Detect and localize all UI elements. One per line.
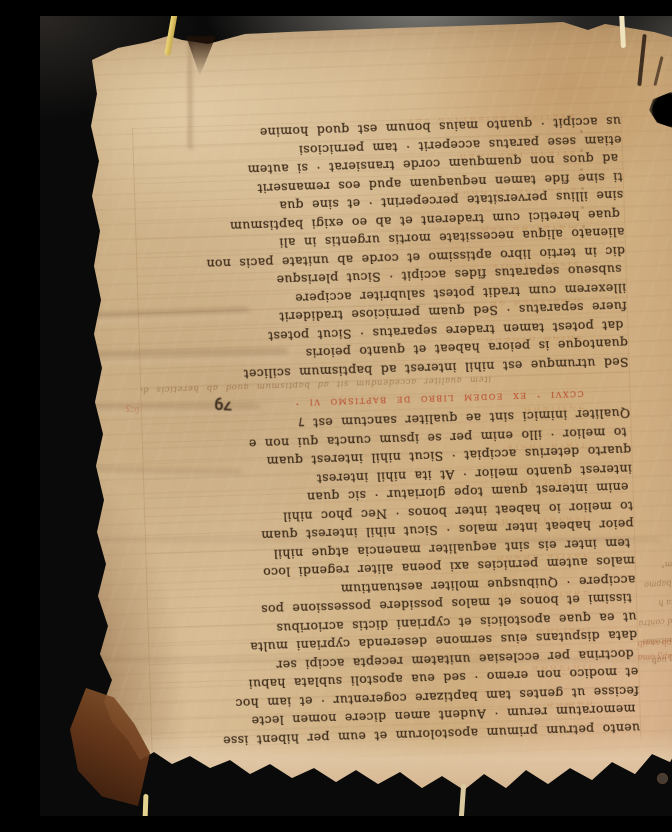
paragraph-flourish: ⁊ꝯ [185,393,232,417]
margin-note: apʒ oma [612,649,672,665]
manuscript-photograph: us accipit · quanto maius bonum est quod… [40,16,672,816]
margin-notes-red: pb suaibapʒ oma [612,636,672,664]
red-showthrough-fragment: ſcʒ [126,404,139,414]
prick-ring [657,773,668,784]
bleedthrough-text: nomen [546,700,595,712]
pricking-holes [580,130,583,133]
support-stick-bottom-left [143,794,149,816]
parchment-leaf: us accipit · quanto maius bonum est quod… [40,16,672,816]
support-stick-top-right [619,16,626,48]
text-block: us accipit · quanto maius bonum est quod… [132,113,641,752]
